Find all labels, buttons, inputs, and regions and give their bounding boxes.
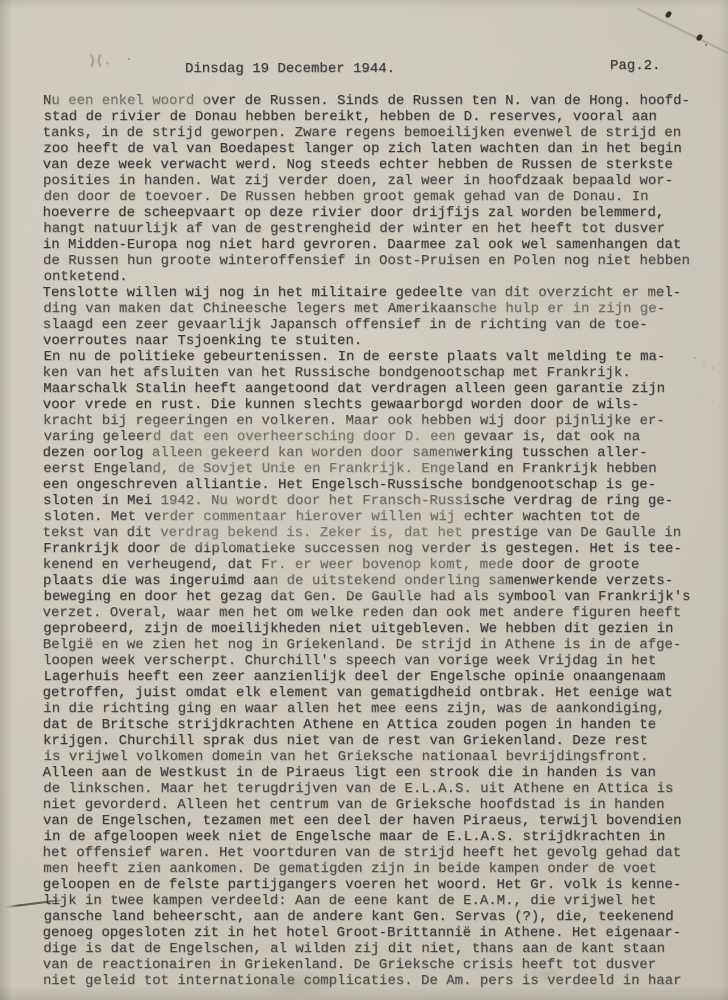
text-line: in de afgeloopen week niet de Engelsche … [44,829,691,845]
text-line: Frankrijk door de diplomatieke successen… [43,541,690,557]
text-line: niet geleid tot internationale complicat… [43,973,690,989]
text-line: verzet. Overal, waar men het om welke re… [43,605,690,621]
scanned-document-page: )(. Dinsdag 19 December 1944. Pag.2. Nu … [0,0,728,1000]
text-line: geprobeerd, zijn de moeilijkheden niet u… [43,621,690,637]
text-line: van deze week verwacht werd. Nog steeds … [43,157,690,173]
text-line: geloopen en de felste partijgangers voer… [43,877,690,893]
text-line: Alleen aan de Westkust in de Piraeus lig… [43,765,690,781]
text-line: de linkschen. Maar het terugdrijven van … [43,781,690,797]
text-line: getroffen, juist omdat elk element van g… [43,685,690,701]
text-line: Maarschalk Stalin heeft aangetoond dat v… [43,381,690,397]
text-line: sloten. Met verder commentaar hierover w… [44,509,691,525]
text-line: gansche land beheerscht, aan de andere k… [44,909,691,925]
date-heading: Dinsdag 19 December 1944. [185,61,395,77]
text-line: is vrijwel volkomen domein van het Griek… [44,749,691,765]
text-line: krijgen. Churchill sprak dus niet van de… [43,733,690,749]
paper-fold-crease [637,8,728,59]
text-line: hangt natuurlijk af van de gestrengheid … [43,221,690,237]
text-line: in die richting ging en waar allen het m… [43,701,690,717]
text-line: ontketend. [44,269,691,285]
text-line: Nu een enkel woord over de Russen. Sinds… [43,93,690,109]
text-line: genoeg opgesloten zit in het hotel Groot… [43,925,690,941]
text-line: van de reactionairen in Griekenland. De … [43,957,690,973]
text-line: ken van het afsluiten van het Russische … [43,365,690,381]
text-line: voerroutes naar Tsjoenking te stuiten. [43,333,690,349]
ink-speck [705,44,707,46]
text-line: zoo heeft de val van Boedapest langer op… [43,141,690,157]
text-line: van de Engelschen, tezamen met een deel … [43,813,690,829]
text-line: varing geleerd dat een overheersching do… [44,429,691,445]
text-line: ding van maken dat Chineesche legers met… [43,301,690,317]
pencil-scribble [690,354,720,374]
text-line: de Russen hun groote winteroffensief in … [43,253,690,269]
text-line: men heeft zien aankomen. De gematigden z… [43,861,690,877]
text-line: België en we zien het nog in Griekenland… [43,637,690,653]
text-line: den door de toevoer. De Russen hebben gr… [44,189,691,205]
text-line: tanks, in de strijd geworpen. Zware rege… [43,125,690,141]
text-line: En nu de politieke gebeurtenissen. In de… [44,349,691,365]
pencil-scribble [698,392,722,406]
text-line: sloten in Mei 1942. Nu wordt door het Fr… [43,493,690,509]
text-line: posities in handen. Wat zij verder doen,… [43,173,690,189]
text-line: voor vrede en rust. Die kunnen slechts g… [43,397,690,413]
paper-fold-highlight [650,0,728,38]
document-body-text: Nu een enkel woord over de Russen. Sinds… [43,93,690,989]
text-line: een ongeschreven alliantie. Het Engelsch… [43,477,690,493]
text-line: dige is dat de Engelschen, al wilden zij… [43,941,690,957]
faded-corner-mark: )(. [88,53,111,68]
text-line: eerst Engeland, de Sovjet Unie en Frankr… [43,461,690,477]
page-number: Pag.2. [610,58,660,74]
text-line: in Midden-Europa nog niet hard gevroren.… [43,237,690,253]
text-line: lijk in twee kampen verdeeld: Aan de een… [43,893,690,909]
text-line: dat de Britsche strijdkrachten Athene en… [43,717,690,733]
text-line: kenend en verheugend, dat Fr. er weer bo… [43,557,690,573]
text-line: het offensief waren. Het voortduren van … [43,845,690,861]
text-line: stad de rivier de Donau hebben bereikt, … [44,109,691,125]
text-line: plaats die was ingeruimd aan de uitsteke… [43,573,690,589]
text-line: niet gevorderd. Alleen het centrum van d… [43,797,690,813]
text-line: Lagerhuis heeft een zeer aanzienlijk dee… [44,669,691,685]
text-line: kracht bij regeeringen en volkeren. Maar… [43,413,690,429]
text-line: Tenslotte willen wij nog in het militair… [43,285,690,301]
text-line: tekst van dit verdrag bekend is. Zeker i… [43,525,690,541]
ink-speck [695,33,703,42]
text-line: dezen oorlog alleen gekeerd kan worden d… [43,445,690,461]
ink-speck [664,10,672,19]
text-line: beweging en door het gezag dat Gen. De G… [44,589,691,605]
text-line: loopen week verscherpt. Churchill's spee… [43,653,690,669]
ink-speck [128,58,130,60]
text-line: hoeverre de scheepvaart op deze rivier d… [43,205,690,221]
text-line: slaagd een zeer gevaarlijk Japansch offe… [43,317,690,333]
